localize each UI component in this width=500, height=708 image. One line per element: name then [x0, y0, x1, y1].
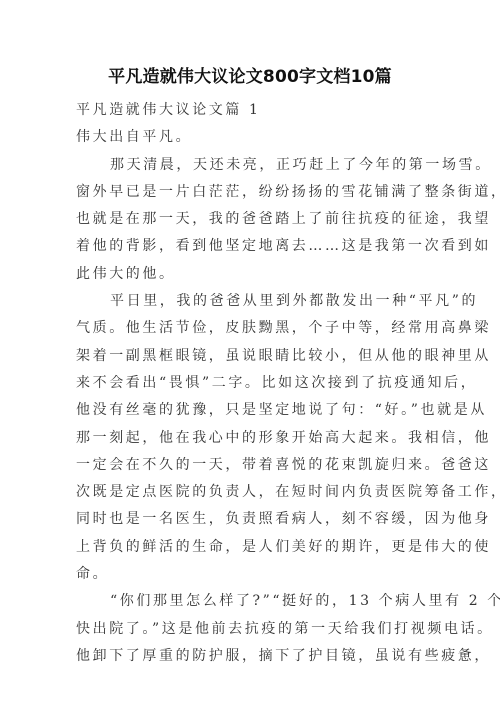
- text-line: 次既是定点医院的负责人，在短时间内负责医院筹备工作，: [76, 479, 426, 506]
- text-line: 快出院了。”这是他前去抗疫的第一天给我们打视频电话。: [76, 616, 426, 643]
- text-line: 平日里，我的爸爸从里到外都散发出一种“平凡”的: [76, 288, 426, 315]
- text-line: 来不会看出“畏惧”二字。比如这次接到了抗疫通知后，: [76, 370, 426, 397]
- text-line: 他没有丝毫的犹豫，只是坚定地说了句：“好。”也就是从: [76, 397, 426, 424]
- text-line: 此伟大的他。: [76, 261, 426, 288]
- text-line: 架着一副黑框眼镜，虽说眼睛比较小，但从他的眼神里从: [76, 343, 426, 370]
- document-body: 平凡造就伟大议论文篇 1 伟大出自平凡。 那天清晨，天还未亮，正巧赶上了今年的第…: [76, 97, 426, 670]
- document-title: 平凡造就伟大议论文800字文档10篇: [0, 62, 500, 87]
- text-line: 着他的背影，看到他坚定地离去……这是我第一次看到如: [76, 233, 426, 260]
- document-page: 平凡造就伟大议论文800字文档10篇 平凡造就伟大议论文篇 1 伟大出自平凡。 …: [0, 0, 500, 708]
- text-line: 窗外早已是一片白茫茫，纷纷扬扬的雪花铺满了整条街道，: [76, 179, 426, 206]
- text-line: 同时也是一名医生，负责照看病人，刻不容缓，因为他身: [76, 506, 426, 533]
- text-line: 伟大出自平凡。: [76, 124, 426, 151]
- section-heading: 平凡造就伟大议论文篇 1: [76, 97, 426, 124]
- text-line: 那天清晨，天还未亮，正巧赶上了今年的第一场雪。: [76, 152, 426, 179]
- text-line: 气质。他生活节俭，皮肤黝黑，个子中等，经常用高鼻梁: [76, 315, 426, 342]
- text-line: “你们那里怎么样了?”“挺好的，13 个病人里有 2 个: [76, 588, 426, 615]
- text-line: 一定会在不久的一天，带着喜悦的花束凯旋归来。爸爸这: [76, 452, 426, 479]
- text-line: 上背负的鲜活的生命，是人们美好的期许，更是伟大的使: [76, 534, 426, 561]
- text-line: 命。: [76, 561, 426, 588]
- text-line: 也就是在那一天，我的爸爸踏上了前往抗疫的征途，我望: [76, 206, 426, 233]
- text-line: 那一刻起，他在我心中的形象开始高大起来。我相信，他: [76, 425, 426, 452]
- text-line: 他卸下了厚重的防护服，摘下了护目镜，虽说有些疲惫，: [76, 643, 426, 670]
